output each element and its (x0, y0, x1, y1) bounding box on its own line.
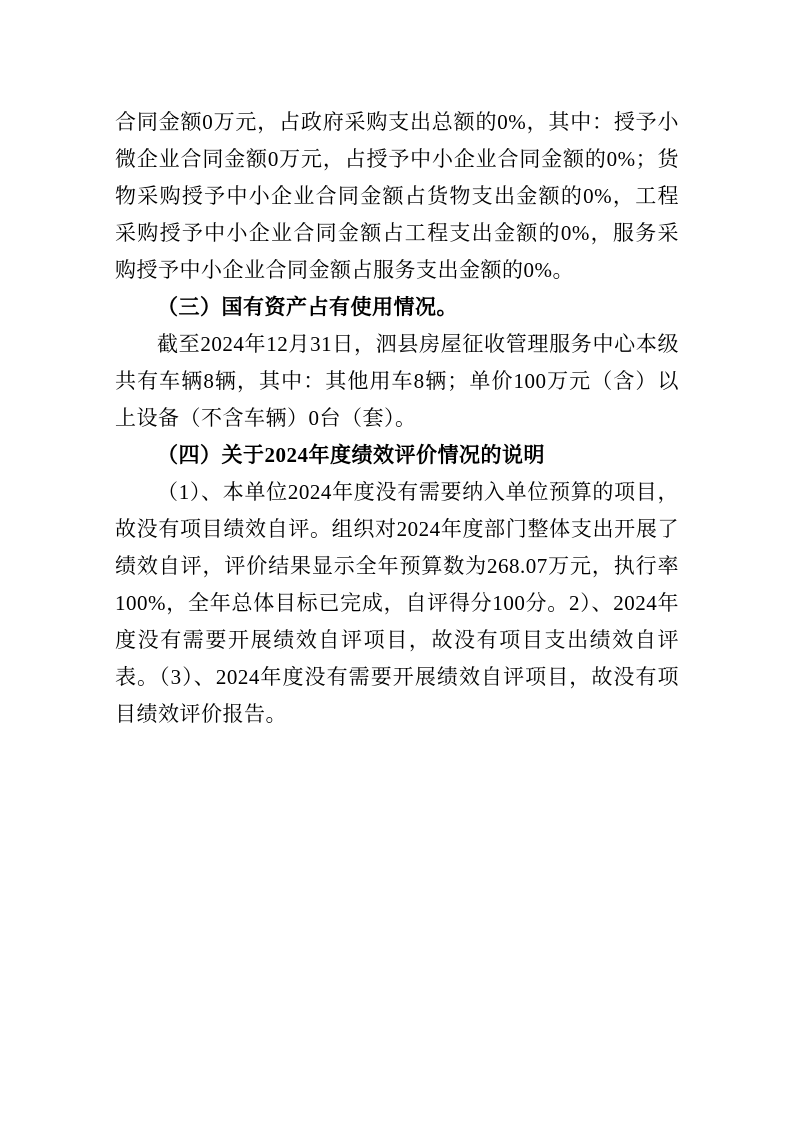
paragraph-state-assets-usage: 截至2024年12月31日，泗县房屋征收管理服务中心本级共有车辆8辆，其中：其他… (115, 326, 679, 437)
paragraph-government-procurement-continuation: 合同金额0万元，占政府采购支出总额的0%，其中：授予小微企业合同金额0万元，占授… (115, 104, 679, 289)
heading-section-3-state-assets: （三）国有资产占有使用情况。 (115, 289, 679, 326)
paragraph-performance-evaluation-details: （1）、本单位2024年度没有需要纳入单位预算的项目，故没有项目绩效自评。组织对… (115, 474, 679, 733)
heading-section-4-performance-evaluation: （四）关于2024年度绩效评价情况的说明 (115, 437, 679, 474)
document-page: 合同金额0万元，占政府采购支出总额的0%，其中：授予小微企业合同金额0万元，占授… (0, 0, 793, 1122)
